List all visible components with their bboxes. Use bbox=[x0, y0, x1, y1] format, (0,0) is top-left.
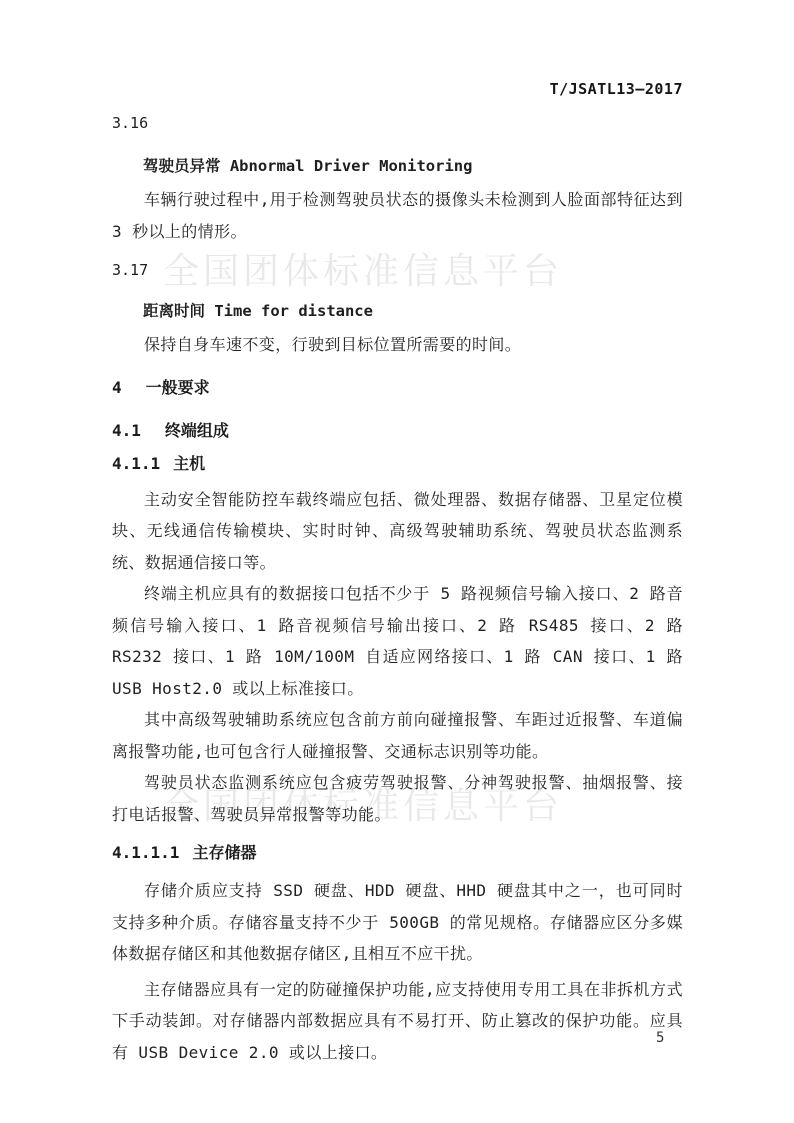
paragraph: 主存储器应具有一定的防碰撞保护功能,应支持使用专用工具在非拆机方式下手动装卸。对… bbox=[112, 974, 683, 1069]
doc-code: T/JSATL13—2017 bbox=[112, 80, 683, 98]
paragraph: 存储介质应支持 SSD 硬盘、HDD 硬盘、HHD 硬盘其中之一，也可同时支持多… bbox=[112, 875, 683, 970]
paragraph: 车辆行驶过程中,用于检测驾驶员状态的摄像头未检测到人脸面部特征达到 3 秒以上的… bbox=[112, 184, 683, 247]
section-title: 终端组成 bbox=[165, 421, 229, 440]
section-heading: 4.1终端组成 bbox=[112, 423, 683, 439]
section-number: 4.1.1 bbox=[112, 454, 160, 473]
paragraph: 终端主机应具有的数据接口包括不少于 5 路视频信号输入接口、2 路音频信号输入接… bbox=[112, 578, 683, 704]
section-title: 主机 bbox=[173, 454, 205, 473]
section-title: 主存储器 bbox=[192, 843, 256, 862]
clause-number: 3.17 bbox=[112, 262, 683, 278]
section-title: 一般要求 bbox=[146, 378, 210, 397]
section-heading: 4一般要求 bbox=[112, 380, 683, 396]
section-number: 4 bbox=[112, 378, 122, 397]
section-number: 4.1.1.1 bbox=[112, 843, 179, 862]
paragraph: 保持自身车速不变，行驶到目标位置所需要的时间。 bbox=[112, 329, 683, 361]
page-content: T/JSATL13—2017 3.16 驾驶员异常 Abnormal Drive… bbox=[112, 0, 683, 1068]
clause-number: 3.16 bbox=[112, 115, 683, 131]
paragraph: 驾驶员状态监测系统应包含疲劳驾驶报警、分神驾驶报警、抽烟报警、接打电话报警、驾驶… bbox=[112, 767, 683, 830]
term-heading: 距离时间 Time for distance bbox=[112, 303, 683, 319]
page-number: 5 bbox=[656, 1030, 664, 1046]
paragraph: 主动安全智能防控车载终端应包括、微处理器、数据存储器、卫星定位模块、无线通信传输… bbox=[112, 484, 683, 579]
section-number: 4.1 bbox=[112, 421, 141, 440]
paragraph: 其中高级驾驶辅助系统应包含前方前向碰撞报警、车距过近报警、车道偏离报警功能,也可… bbox=[112, 704, 683, 767]
section-heading: 4.1.1.1主存储器 bbox=[112, 845, 683, 861]
section-heading: 4.1.1主机 bbox=[112, 456, 683, 472]
document-page: 全国团体标准信息平台 全国团体标准信息平台 T/JSATL13—2017 3.1… bbox=[0, 0, 794, 1123]
term-heading: 驾驶员异常 Abnormal Driver Monitoring bbox=[112, 158, 683, 174]
